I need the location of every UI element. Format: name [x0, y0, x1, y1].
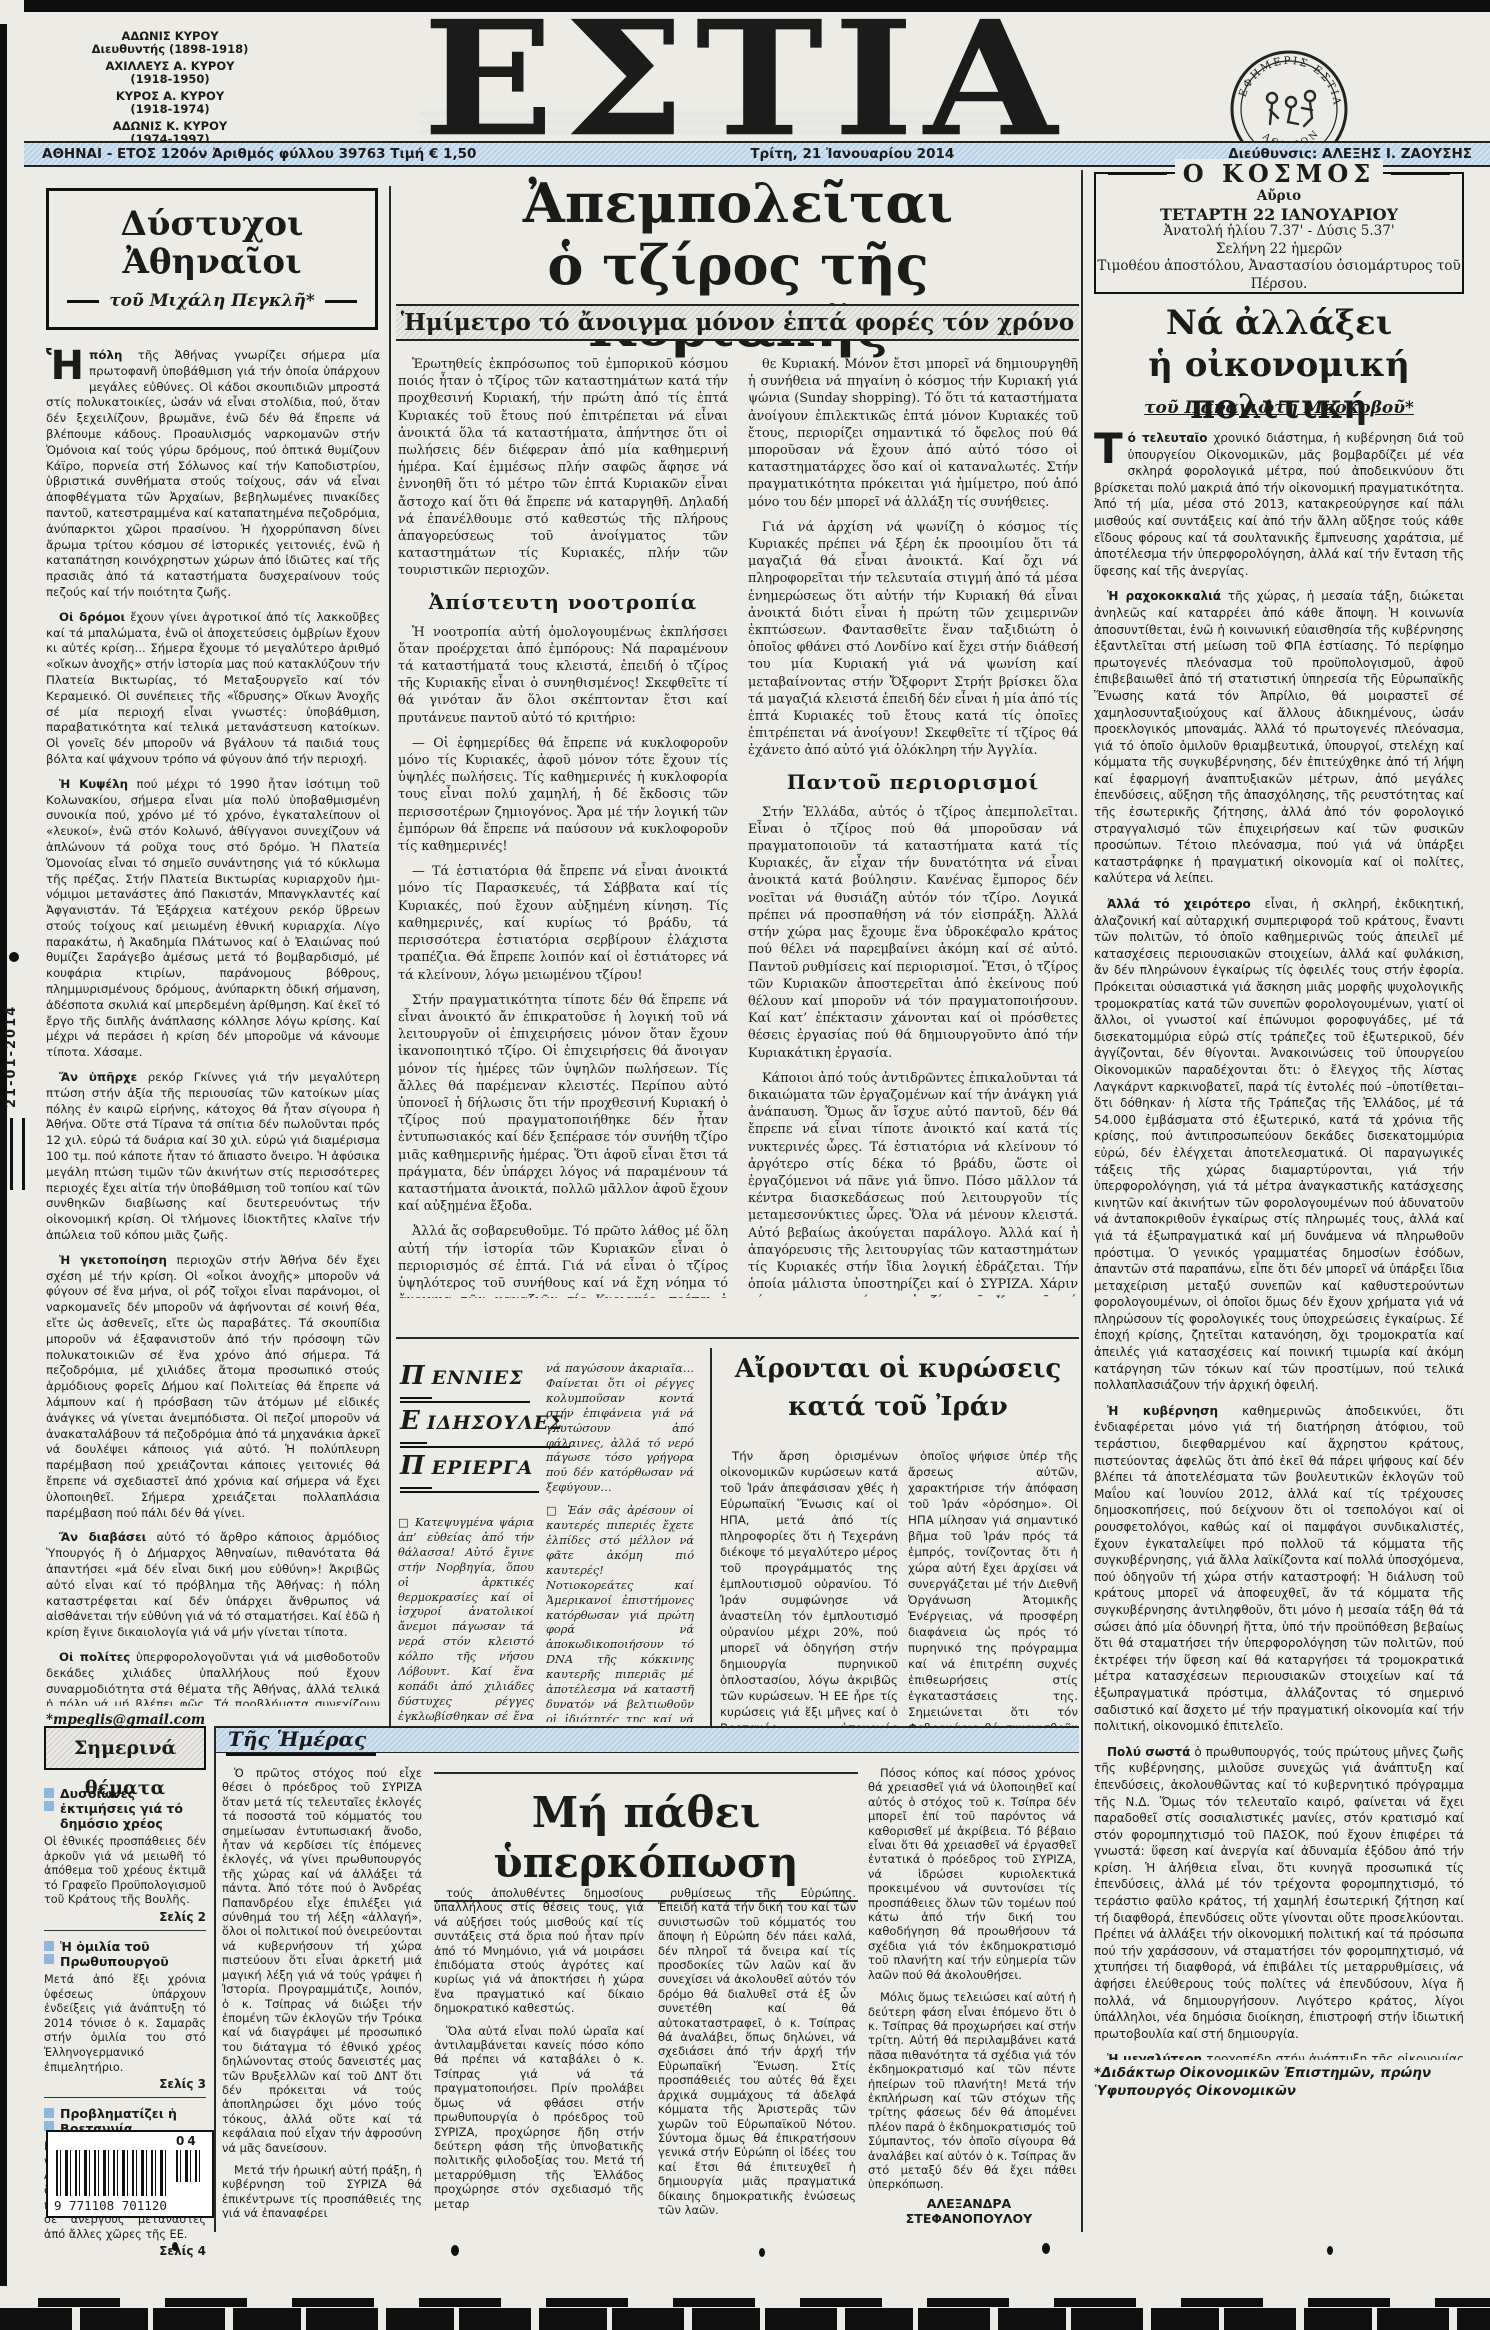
day-article-byline: ΑΛΕΞΑΝΔΡΑ ΣΤΕΦΑΝΟΠΟΥΛΟΥ	[862, 2196, 1076, 2226]
director-years: Διευθυντής (1898-1918)	[58, 43, 282, 56]
kosmos-saints: Τιμοθέου ἀποστόλου, Ἀναστασίου ὁσιομάρτυ…	[1096, 258, 1462, 293]
masthead-directors: ΑΔΩΝΙΣ ΚΥΡΟΥ Διευθυντής (1898-1918) ΑΧΙΛ…	[58, 30, 282, 146]
column-divider	[710, 1348, 712, 1744]
director-years: (1918-1950)	[58, 73, 282, 86]
main-article-col2: θε Κυριακή. Μόνον ἔτσι μπορεῖ νά δημιουρ…	[748, 356, 1078, 1298]
left-article-title-box: Δύστυχοι Ἀθηναῖοι τοῦ Μιχάλη Πεγκλῆ*	[46, 188, 378, 330]
left-article-title: Δύστυχοι Ἀθηναῖοι	[49, 205, 375, 281]
day-headline-block: Μή πάθει ὑπερκόπωση	[434, 1772, 858, 1902]
director-years: (1918-1974)	[58, 103, 282, 116]
column-divider	[214, 1726, 216, 2232]
issue-info-left: ΑΘΗΝΑΙ - ΕΤΟΣ 120όν Ἀριθμός φύλλου 39763…	[42, 146, 476, 162]
pennies-col2: νά παγώσουν ἀκαριαῖα… Φαίνεται ὅτι οἱ ρέ…	[546, 1362, 694, 1722]
barcode: 04 9 771108 701120	[46, 2130, 214, 2218]
right-article-body: Τό τελευταῖο χρονικό διάστημα, ἡ κυβέρνη…	[1094, 430, 1464, 2060]
topic-bullet-icon	[44, 2108, 54, 2131]
iran-col2: ὁποῖος ψήφισε ὑπέρ τῆς ἄρσεως αὐτῶν, χαρ…	[908, 1448, 1078, 1744]
barcode-bars	[56, 2150, 168, 2196]
topic-title: Ἡ ὁμιλία τοῦ Πρωθυπουργοῦ	[60, 1939, 206, 1969]
day-column-3: ρυθμίσεως τῆς Εὐρώπης. Ἐπειδή κατά τήν δ…	[658, 1886, 856, 2222]
newspaper-front-page: ΑΔΩΝΙΣ ΚΥΡΟΥ Διευθυντής (1898-1918) ΑΧΙΛ…	[0, 0, 1490, 2330]
barcode-addon-bars	[176, 2150, 202, 2182]
left-article-byline: τοῦ Μιχάλη Πεγκλῆ*	[109, 291, 315, 311]
left-article-body: Ἡπόλη τῆς Ἀθήνας γνωρίζει σήμερα μία πρω…	[46, 348, 380, 1706]
day-column-4: Πόσος κόπος καί πόσος χρόνος θά χρειασθε…	[868, 1766, 1076, 2192]
section-heading: Ἀπίστευτη νοοτροπία	[398, 590, 728, 614]
topic-page-ref: Σελίς 2	[44, 1910, 206, 1924]
margin-date: 21-01-2014	[4, 988, 19, 1108]
day-column-1: Ὁ πρῶτος στόχος πού εἶχε θέσει ὁ πρόεδρο…	[222, 1766, 422, 2218]
newspaper-logotype: ΕΣΤΙΑ	[350, 10, 1140, 148]
kosmos-sun: Ἀνατολή ἡλίου 7.37' - Δύσις 5.37'	[1096, 223, 1462, 241]
ink-specks	[172, 2242, 178, 2251]
section-rule	[396, 1337, 1079, 1339]
torn-edge	[0, 2298, 1490, 2307]
tis-imeras-label: Τῆς Ἡμέρας	[226, 1727, 376, 1756]
registration-dot	[9, 952, 19, 962]
day-headline: Μή πάθει ὑπερκόπωση	[434, 1774, 858, 1900]
torn-edge	[0, 2308, 1490, 2330]
registration-bars	[10, 1118, 25, 1190]
topic-page-ref: Σελίς 3	[44, 2077, 206, 2091]
drop-cap: Τ	[1094, 432, 1123, 466]
column-divider	[1081, 170, 1083, 2232]
scan-left-edge	[0, 24, 7, 2286]
svg-text:ΕΦΗΜΕΡΙΣ ΕΣΤΙΑ: ΕΦΗΜΕΡΙΣ ΕΣΤΙΑ	[1237, 55, 1343, 107]
column-divider	[389, 186, 391, 1738]
topic-title: Δυσοίωνες ἐκτιμήσεις γιά τό δημόσιο χρέο…	[60, 1786, 206, 1831]
topics-header: Σημερινά θέματα	[44, 1726, 206, 1770]
right-article-byline: τοῦ Παναγιώτη Μποκοβοῦ*	[1094, 398, 1464, 418]
pennies-col1: □ Κατεψυγμένα ψάρια ἀπ’ εὐθείας ἀπό τήν …	[398, 1516, 534, 1722]
barcode-digits: 9 771108 701120	[54, 2198, 204, 2213]
topic-item: Δυσοίωνες ἐκτιμήσεις γιά τό δημόσιο χρέο…	[44, 1778, 206, 1931]
kosmos-box: Ο ΚΟΣΜΟΣ Αὔριο ΤΕΤΑΡΤΗ 22 ΙΑΝΟΥΑΡΙΟΥ Ἀνα…	[1094, 172, 1464, 294]
topic-item: Ἡ ὁμιλία τοῦ Πρωθυπουργοῦ Μετά ἀπό ἕξι χ…	[44, 1931, 206, 2098]
main-article-col1: Ἐρωτηθείς ἐκπρόσωπος τοῦ ἐμπορικοῦ κόσμο…	[398, 356, 728, 1298]
topic-bullet-icon	[44, 1941, 54, 1964]
kosmos-day: ΤΕΤΑΡΤΗ 22 ΙΑΝΟΥΑΡΙΟΥ	[1096, 206, 1462, 224]
topic-bullet-icon	[44, 1788, 54, 1811]
day-column-2: τούς ἀπολυθέντες δημοσίους ὑπαλλήλους στ…	[434, 1886, 644, 2222]
topic-body: Μετά ἀπό ἕξι χρόνια ὑφέσεως ὑπάρχουν ἐνδ…	[44, 1973, 206, 2075]
topic-body: Οἱ ἐθνικές προσπάθειες δέν ἀρκοῦν γιά νά…	[44, 1835, 206, 1908]
section-heading: Παντοῦ περιορισμοί	[748, 770, 1078, 794]
iran-headline: Αἴρονται οἱ κυρώσεις κατά τοῦ Ἰράν	[718, 1350, 1078, 1426]
barcode-issue-number: 04	[176, 2134, 199, 2148]
iran-col1: Τήν ἄρση ὁρισμένων οἰκονομικῶν κυρώσεων …	[720, 1448, 898, 1744]
issue-date: Τρίτη, 21 Ἰανουαρίου 2014	[750, 146, 954, 162]
drop-cap: Ἡ	[46, 350, 84, 382]
main-subheadline: Ἡμίμετρο τό ἄνοιγμα μόνον ἑπτά φορές τόν…	[396, 304, 1079, 341]
kosmos-tomorrow: Αὔριο	[1096, 188, 1462, 206]
kosmos-title: Ο ΚΟΣΜΟΣ	[1175, 159, 1383, 188]
author-footnote: *Διδάκτωρ Οἰκονομικῶν Ἐπιστημῶν, πρώην Ὑ…	[1094, 2064, 1464, 2100]
topic-page-ref: Σελίς 4	[44, 2244, 206, 2258]
kosmos-moon: Σελήνη 22 ἡμερῶν	[1096, 241, 1462, 259]
